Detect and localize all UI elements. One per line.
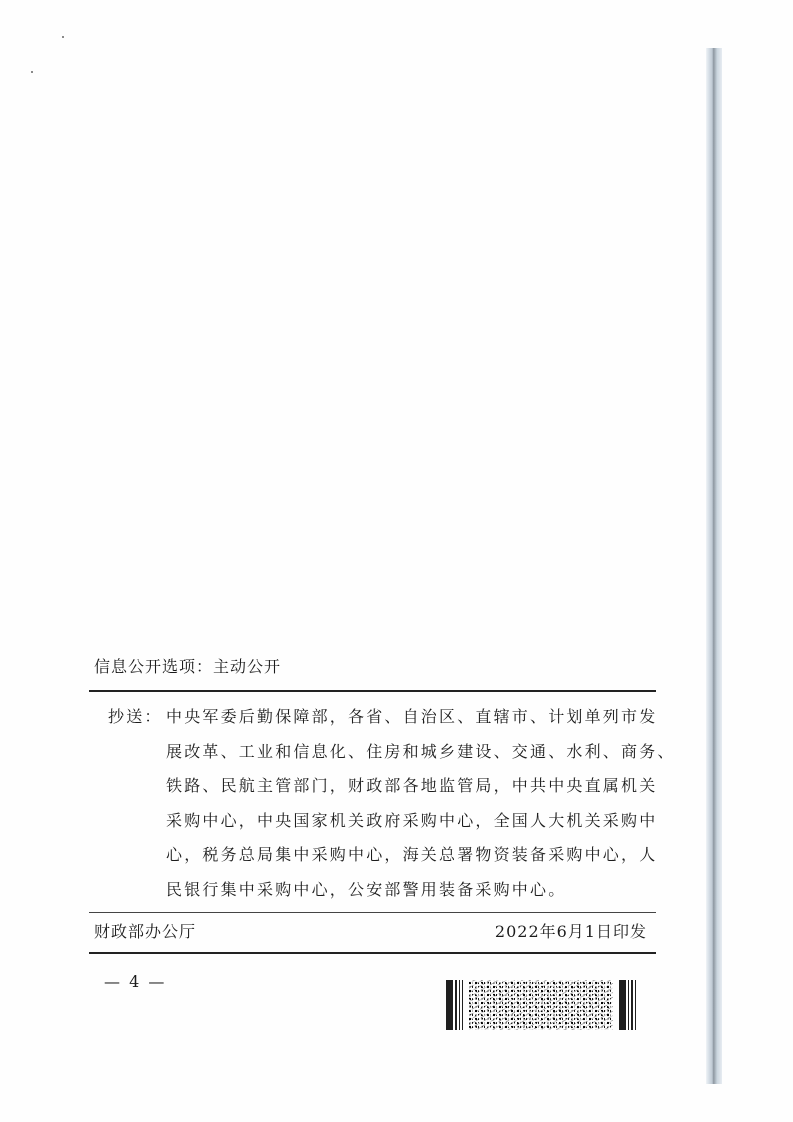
- info-disclosure-option: 信息公开选项：主动公开: [94, 654, 281, 677]
- document-page: 信息公开选项：主动公开 抄送： 中央军委后勤保障部，各省、自治区、直辖市、计划单…: [0, 0, 793, 1122]
- cc-line: 铁路、民航主管部门，财政部各地监管局，中共中央直属机关: [108, 769, 653, 804]
- divider-bottom: [89, 952, 656, 954]
- pdf417-barcode-icon: [446, 980, 636, 1030]
- barcode-data-area: [469, 980, 613, 1030]
- divider-middle: [89, 912, 656, 913]
- issuer-row: 财政部办公厅 2022年6月1日印发: [94, 918, 647, 946]
- cc-text: 心，税务总局集中采购中心，海关总署物资装备采购中心，人: [166, 838, 657, 873]
- divider-top: [89, 690, 656, 692]
- page-number: — 4 —: [104, 972, 166, 991]
- binding-shadow: [706, 48, 722, 1084]
- issuing-office: 财政部办公厅: [94, 918, 196, 946]
- barcode-stop-pattern: [619, 980, 636, 1030]
- scan-speck: [62, 36, 64, 38]
- cc-text: 铁路、民航主管部门，财政部各地监管局，中共中央直属机关: [166, 769, 657, 804]
- cc-text: 采购中心，中央国家机关政府采购中心，全国人大机关采购中: [166, 804, 657, 839]
- cc-line: 抄送： 中央军委后勤保障部，各省、自治区、直辖市、计划单列市发: [108, 700, 653, 735]
- cc-text: 展改革、工业和信息化、住房和城乡建设、交通、水利、商务、: [166, 735, 676, 770]
- cc-line: 心，税务总局集中采购中心，海关总署物资装备采购中心，人: [108, 838, 653, 873]
- scan-speck: [31, 71, 33, 73]
- cc-recipients: 抄送： 中央军委后勤保障部，各省、自治区、直辖市、计划单列市发 展改革、工业和信…: [108, 700, 653, 907]
- cc-text: 民银行集中采购中心，公安部警用装备采购中心。: [166, 873, 653, 908]
- issue-date: 2022年6月1日印发: [495, 918, 647, 946]
- cc-line: 展改革、工业和信息化、住房和城乡建设、交通、水利、商务、: [108, 735, 653, 770]
- barcode-start-pattern: [446, 980, 463, 1030]
- cc-line: 民银行集中采购中心，公安部警用装备采购中心。: [108, 873, 653, 908]
- cc-line: 采购中心，中央国家机关政府采购中心，全国人大机关采购中: [108, 804, 653, 839]
- cc-label: 抄送：: [108, 700, 166, 735]
- cc-text: 中央军委后勤保障部，各省、自治区、直辖市、计划单列市发: [166, 700, 657, 735]
